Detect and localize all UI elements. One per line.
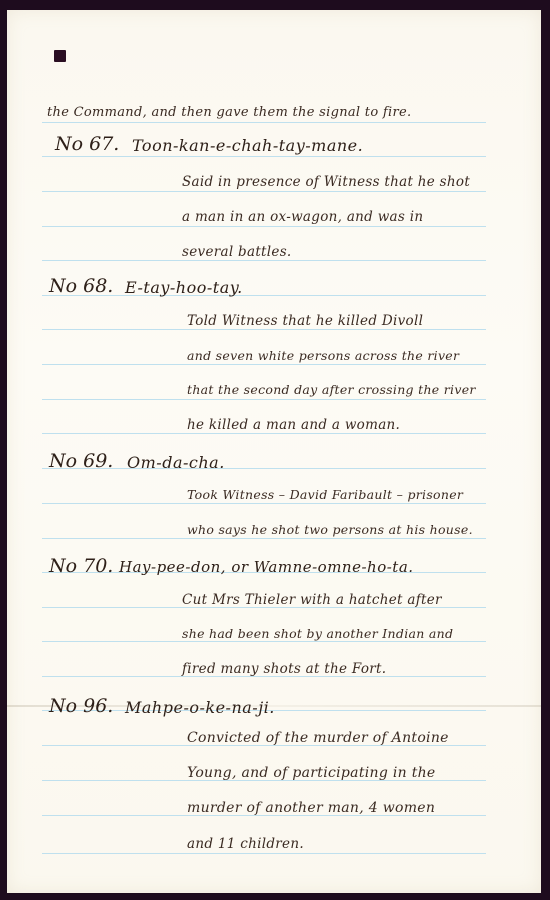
ruled-line — [42, 853, 486, 854]
entry-text-line: and 11 children. — [187, 836, 304, 852]
entry-text-line: and seven white persons across the river — [187, 348, 459, 363]
entry-name: Mahpe-o-ke-na-ji. — [125, 698, 275, 717]
entry-number: No 68. — [49, 275, 113, 297]
ruled-line — [42, 538, 486, 539]
punch-hole-mark — [54, 50, 66, 62]
entry-text-line: Said in presence of Witness that he shot — [182, 174, 470, 190]
entry-name: Toon-kan-e-chah-tay-mane. — [132, 136, 363, 155]
ruled-line — [42, 226, 486, 227]
entry-number: No 96. — [49, 695, 113, 717]
entry-text-line: that the second day after crossing the r… — [187, 382, 476, 397]
ruled-line — [42, 156, 486, 157]
entry-text-line: Told Witness that he killed Divoll — [187, 313, 423, 329]
entry-text-line: a man in an ox-wagon, and was in — [182, 209, 423, 225]
entry-number: No 69. — [49, 450, 113, 472]
ruled-line — [42, 191, 486, 192]
entry-name: E-tay-hoo-tay. — [125, 278, 243, 297]
ruled-line — [42, 399, 486, 400]
entry-number: No 70. — [49, 555, 113, 577]
ruled-line — [42, 641, 486, 642]
entry-text-line: who says he shot two persons at his hous… — [187, 522, 473, 537]
entry-text-line: fired many shots at the Fort. — [182, 661, 386, 677]
ruled-line — [42, 433, 486, 434]
entry-text-line: he killed a man and a woman. — [187, 417, 400, 433]
manuscript-page: the Command, and then gave them the sign… — [7, 10, 541, 893]
entry-text-line: she had been shot by another Indian and — [182, 626, 453, 641]
entry-number: No 67. — [55, 133, 119, 155]
entry-name: Hay-pee-don, or Wamne-omne-ho-ta. — [119, 558, 414, 576]
entry-text-line: Cut Mrs Thieler with a hatchet after — [182, 592, 442, 608]
ruled-line — [42, 329, 486, 330]
entry-text-line: Took Witness – David Faribault – prisone… — [187, 487, 463, 502]
entry-name: Om-da-cha. — [127, 453, 225, 472]
entry-text-line: several battles. — [182, 244, 292, 260]
ruled-line — [42, 260, 486, 261]
ruled-line — [42, 364, 486, 365]
entry-text-line: Young, and of participating in the — [187, 765, 436, 781]
ruled-line — [42, 503, 486, 504]
entry-text-line: murder of another man, 4 women — [187, 800, 435, 816]
opening-line: the Command, and then gave them the sign… — [47, 105, 411, 120]
ruled-line — [42, 122, 486, 123]
entry-text-line: Convicted of the murder of Antoine — [187, 730, 449, 746]
